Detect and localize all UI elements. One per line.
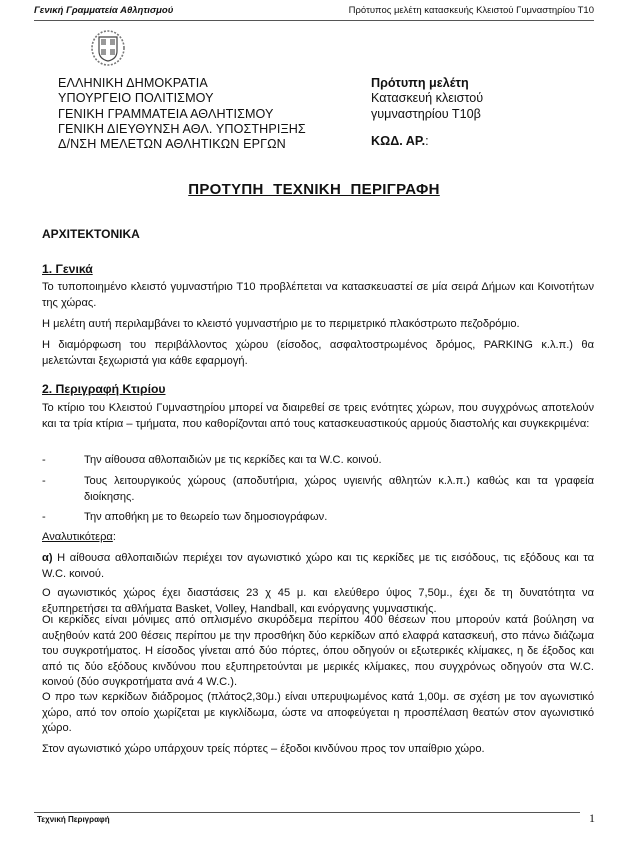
detail-label-line: Αναλυτικότερα:: [42, 530, 594, 546]
item-a-text: Η αίθουσα αθλοπαιδιών περιέχει τον αγωνι…: [42, 552, 594, 580]
bullet-marker: -: [42, 474, 46, 490]
running-header-right: Πρότυπος μελέτη κατασκευής Κλειστού Γυμν…: [349, 5, 594, 16]
header-divider: [34, 20, 594, 21]
paragraph: Στον αγωνιστικό χώρο υπάρχουν τρείς πόρτ…: [42, 742, 594, 758]
paragraph: Ο προ των κερκίδων διάδρομος (πλάτος2,30…: [42, 690, 594, 737]
greek-state-emblem-icon: [90, 29, 126, 67]
study-line: γυμναστηρίου Τ10β: [371, 107, 483, 122]
study-block: Πρότυπη μελέτη Κατασκευή κλειστού γυμνασ…: [371, 76, 483, 149]
detail-colon: :: [113, 531, 116, 543]
list-item: - Τους λειτουργικούς χώρους (αποδυτήρια,…: [42, 474, 594, 505]
footer-divider: [34, 812, 580, 813]
section-2-heading: 2. Περιγραφή Κτιρίου: [42, 382, 166, 396]
running-header: Γενική Γραμματεία Αθλητισμού Πρότυπος με…: [34, 5, 594, 19]
org-line: Δ/ΝΣΗ ΜΕΛΕΤΩΝ ΑΘΛΗΤΙΚΩΝ ΕΡΓΩΝ: [58, 137, 306, 152]
list-item: - Την αποθήκη με το θεωρείο των δημοσιογ…: [42, 510, 594, 526]
paragraph: Η διαμόρφωση του περιβάλλοντος χώρου (εί…: [42, 338, 594, 369]
org-line: ΓΕΝΙΚΗ ΓΡΑΜΜΑΤΕΙΑ ΑΘΛΗΤΙΣΜΟΥ: [58, 107, 306, 122]
document-title: ΠΡΟΤΥΠΗ ΤΕΧΝΙΚΗ ΠΕΡΙΓΡΑΦΗ: [0, 181, 628, 198]
organization-block: ΕΛΛΗΝΙΚΗ ΔΗΜΟΚΡΑΤΙΑ ΥΠΟΥΡΓΕΙΟ ΠΟΛΙΤΙΣΜΟΥ…: [58, 76, 306, 152]
code-label: ΚΩΔ. ΑΡ.: [371, 134, 425, 148]
study-line: Κατασκευή κλειστού: [371, 91, 483, 106]
list-item-text: Την αποθήκη με το θεωρείο των δημοσιογρά…: [84, 510, 594, 526]
paragraph: Οι κερκίδες είναι μόνιμες από οπλισμένο …: [42, 613, 594, 691]
detail-label: Αναλυτικότερα: [42, 531, 113, 543]
paragraph: Το κτίριο του Κλειστού Γυμναστηρίου μπορ…: [42, 401, 594, 432]
paragraph: Η μελέτη αυτή περιλαμβάνει το κλειστό γυ…: [42, 317, 594, 333]
bullet-marker: -: [42, 453, 46, 469]
org-line: ΓΕΝΙΚΗ ΔΙΕΥΘΥΝΣΗ ΑΘΛ. ΥΠΟΣΤΗΡΙΞΗΣ: [58, 122, 306, 137]
study-title: Πρότυπη μελέτη: [371, 76, 483, 91]
running-header-left: Γενική Γραμματεία Αθλητισμού: [34, 5, 173, 16]
org-line: ΕΛΛΗΝΙΚΗ ΔΗΜΟΚΡΑΤΙΑ: [58, 76, 306, 91]
section-heading-main: ΑΡΧΙΤΕΚΤΟΝΙΚΑ: [42, 227, 140, 241]
paragraph-item-a: α) Η αίθουσα αθλοπαιδιών περιέχει τον αγ…: [42, 551, 594, 582]
list-item-text: Τους λειτουργικούς χώρους (αποδυτήρια, χ…: [84, 474, 594, 505]
paragraph: Το τυποποιημένο κλειστό γυμναστήριο Τ10 …: [42, 280, 594, 311]
bullet-marker: -: [42, 510, 46, 526]
list-item: - Την αίθουσα αθλοπαιδιών με τις κερκίδε…: [42, 453, 594, 469]
footer-title: Τεχνική Περιγραφή: [37, 815, 110, 824]
list-item-text: Την αίθουσα αθλοπαιδιών με τις κερκίδες …: [84, 453, 594, 469]
item-a-label: α): [42, 552, 53, 564]
document-page: Γενική Γραμματεία Αθλητισμού Πρότυπος με…: [0, 0, 628, 859]
section-1-heading: 1. Γενικά: [42, 262, 93, 276]
page-number: 1: [589, 811, 595, 826]
code-colon: :: [425, 134, 429, 148]
org-line: ΥΠΟΥΡΓΕΙΟ ΠΟΛΙΤΙΣΜΟΥ: [58, 91, 306, 106]
code-number: ΚΩΔ. ΑΡ.:: [371, 134, 483, 149]
